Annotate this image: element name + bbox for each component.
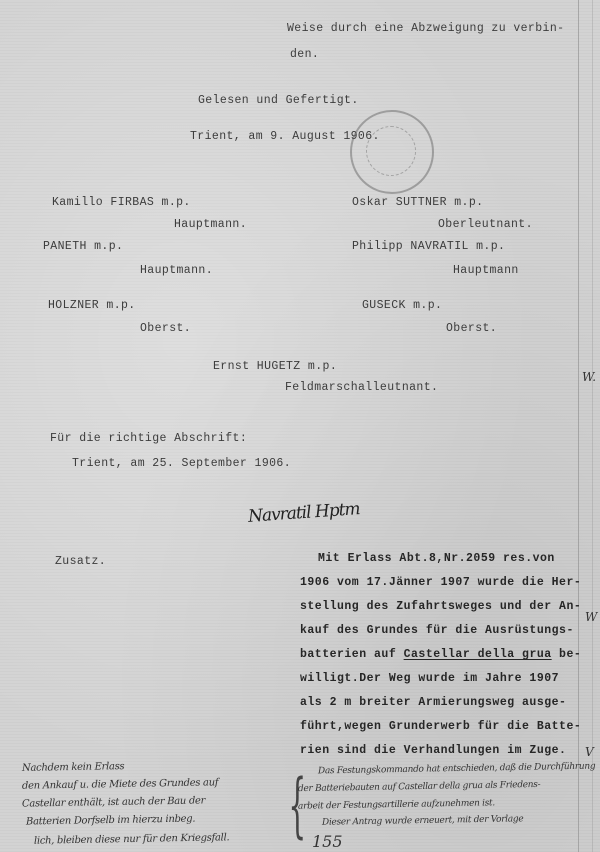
addendum-text: batterien auf xyxy=(300,648,404,661)
margin-mark: V xyxy=(585,745,594,759)
addendum-line: 1906 vom 17.Jänner 1907 wurde die Her- xyxy=(300,576,581,589)
addendum-line: rien sind die Verhandlungen im Zuge. xyxy=(300,744,566,757)
signatory-rank: Feldmarschalleutnant. xyxy=(285,381,438,394)
handwritten-note-line: arbeit der Festungsartillerie aufzunehme… xyxy=(298,798,495,811)
addendum-line: Mit Erlass Abt.8,Nr.2059 res.von xyxy=(318,552,555,565)
signatory-rank: Oberst. xyxy=(140,322,191,335)
place-name-underlined: Castellar della grua xyxy=(404,648,552,661)
signatory-name: Oskar SUTTNER m.p. xyxy=(352,196,483,209)
margin-mark: W. xyxy=(582,370,596,384)
addendum-line: als 2 m breiter Armierungsweg ausge- xyxy=(300,696,566,709)
margin-mark: W xyxy=(585,610,597,624)
page-number: 155 xyxy=(312,832,343,851)
signatory-name: Kamillo FIRBAS m.p. xyxy=(52,196,191,209)
signatory-name: Ernst HUGETZ m.p. xyxy=(213,360,337,373)
handwritten-note-line: Nachdem kein Erlass xyxy=(22,761,125,774)
signatory-rank: Oberleutnant. xyxy=(438,218,533,231)
handwritten-note-line: Batterien Dorfselb im hierzu inbeg. xyxy=(26,814,195,828)
handwritten-note-line: Castellar enthält, ist auch der Bau der xyxy=(22,795,205,809)
addendum-line: stellung des Zufahrtsweges und der An- xyxy=(300,600,581,613)
signatory-name: PANETH m.p. xyxy=(43,240,123,253)
handwritten-note-line: der Batteriebauten auf Castellar della g… xyxy=(298,780,540,794)
text-line: den. xyxy=(290,48,319,61)
signatory-rank: Hauptmann xyxy=(453,264,519,277)
page-edge-line xyxy=(592,0,593,852)
closing-formula: Gelesen und Gefertigt. xyxy=(198,94,359,107)
text-line: Weise durch eine Abzweigung zu verbin- xyxy=(287,22,564,35)
signatory-name: HOLZNER m.p. xyxy=(48,299,136,312)
handwritten-note-line: Das Festungskommando hat entschieden, da… xyxy=(318,762,595,777)
handwritten-note-line: den Ankauf u. die Miete des Grundes auf xyxy=(22,777,218,791)
addendum-text: be- xyxy=(552,648,582,661)
handwritten-note-line: lich, bleiben diese nur für den Kriegsfa… xyxy=(34,832,229,846)
signatory-rank: Oberst. xyxy=(446,322,497,335)
signatory-name: Philipp NAVRATIL m.p. xyxy=(352,240,505,253)
signatory-rank: Hauptmann. xyxy=(140,264,213,277)
copy-place-date: Trient, am 25. September 1906. xyxy=(72,457,291,470)
handwritten-note-line: Dieser Antrag wurde erneuert, mit der Vo… xyxy=(322,814,524,828)
addendum-line: willigt.Der Weg wurde im Jahre 1907 xyxy=(300,672,559,685)
copy-certification: Für die richtige Abschrift: xyxy=(50,432,247,445)
signatory-name: GUSECK m.p. xyxy=(362,299,442,312)
official-seal-stamp xyxy=(350,110,434,194)
addendum-line: kauf des Grundes für die Ausrüstungs- xyxy=(300,624,574,637)
addendum-line: batterien auf Castellar della grua be- xyxy=(300,648,581,661)
addendum-line: führt,wegen Grunderwerb für die Batte- xyxy=(300,720,581,733)
handwritten-signature: Navratil Hptm xyxy=(247,499,360,527)
addendum-label: Zusatz. xyxy=(55,555,106,568)
document-page: Weise durch eine Abzweigung zu verbin- d… xyxy=(0,0,600,852)
signatory-rank: Hauptmann. xyxy=(174,218,247,231)
